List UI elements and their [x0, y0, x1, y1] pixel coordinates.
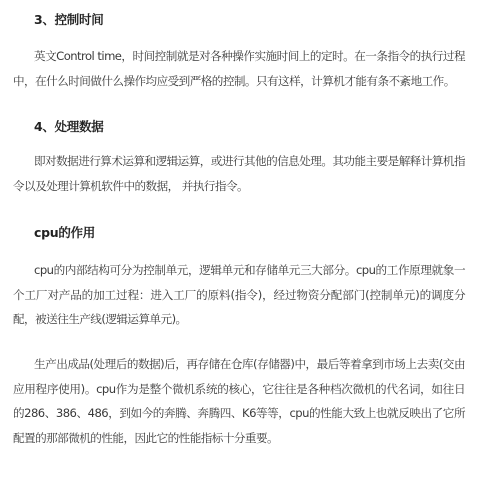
paragraph-cpu-core: 生产出成品(处理后的数据)后，再存储在仓库(存储器)中，最后等着拿到市场上去卖(… — [13, 352, 465, 450]
paragraph-control-time: 英文Control time，时间控制就是对各种操作实施时间上的定时。在一条指令… — [13, 44, 465, 93]
section-heading-control-time: 3、控制时间 — [34, 10, 103, 28]
paragraph-cpu-structure: cpu的内部结构可分为控制单元，逻辑单元和存储单元三大部分。cpu的工作原理就象… — [13, 258, 465, 332]
paragraph-process-data: 即对数据进行算术运算和逻辑运算，或进行其他的信息处理。其功能主要是解释计算机指令… — [13, 149, 465, 198]
section-heading-process-data: 4、处理数据 — [34, 117, 103, 135]
section-heading-cpu-role: cpu的作用 — [34, 223, 95, 241]
